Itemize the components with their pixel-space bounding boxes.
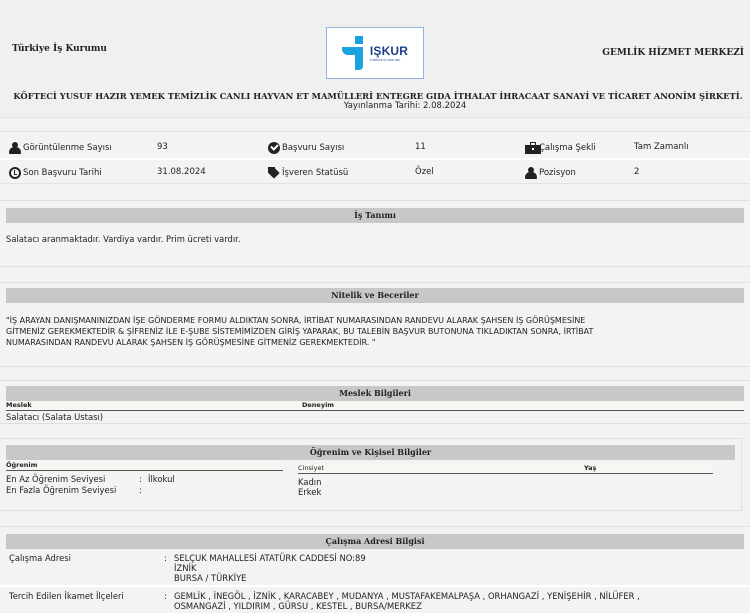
views-value: 93	[157, 142, 168, 152]
applications-value: 11	[415, 142, 426, 152]
colon: :	[139, 485, 142, 495]
max-education-label: En Fazla Öğrenim Seviyesi	[6, 485, 116, 495]
colon: :	[164, 591, 167, 601]
job-description-text: Salatacı aranmaktadır. Vardiya vardır. P…	[6, 234, 241, 245]
profession-section: Meslek Bilgileri Meslek Deneyim Salatacı…	[0, 380, 750, 424]
work-type-value: Tam Zamanlı	[634, 142, 689, 152]
publish-date: Yayınlanma Tarihi: 2.08.2024	[0, 101, 750, 111]
logo-subtitle: TÜRKİYE İŞ KURUMU	[370, 58, 408, 62]
tag-icon	[268, 167, 280, 179]
profession-row: Salatacı (Salata Ustası)	[6, 412, 103, 422]
work-address-value: SELÇUK MAHALLESİ ATATÜRK CADDESİ NO:89 İ…	[174, 553, 366, 583]
colon: :	[139, 474, 142, 484]
service-center-name: GEMLİK HİZMET MERKEZİ	[602, 48, 744, 58]
profession-table-header: Meslek Deneyim	[6, 401, 744, 411]
work-type-label: Çalışma Şekli	[525, 142, 596, 154]
work-address-label: Çalışma Adresi	[9, 553, 71, 563]
iskur-logo: IŞKUR TÜRKİYE İŞ KURUMU	[326, 27, 424, 79]
education-section: Öğrenim ve Kişisel Bilgiler Öğrenim En A…	[0, 438, 742, 511]
divider	[0, 585, 750, 587]
section-title: Meslek Bilgileri	[6, 386, 744, 401]
job-description-section: İş Tanımı Salatacı aranmaktadır. Vardiya…	[0, 200, 750, 267]
page-header: Türkiye İş Kurumu IŞKUR TÜRKİYE İŞ KURUM…	[0, 0, 750, 118]
deadline-value: 31.08.2024	[157, 167, 206, 177]
job-stats: Görüntülenme Sayısı 93 Başvuru Sayısı 11…	[0, 131, 750, 184]
applications-label: Başvuru Sayısı	[268, 142, 344, 154]
user-icon	[9, 142, 21, 154]
positions-value: 2	[634, 167, 639, 177]
section-title: Nitelik ve Beceriler	[6, 288, 744, 303]
employer-status-label: İşveren Statüsü	[268, 167, 348, 179]
positions-label: Pozisyon	[525, 167, 576, 179]
qualifications-section: Nitelik ve Beceriler "İŞ ARAYAN DANIŞMAN…	[0, 282, 750, 367]
briefcase-icon	[525, 142, 537, 154]
employer-status-value: Özel	[415, 167, 434, 177]
user-icon	[525, 167, 537, 179]
gender-male: Erkek	[298, 487, 321, 497]
views-label: Görüntülenme Sayısı	[9, 142, 112, 154]
logo-brand: IŞKUR	[370, 44, 408, 58]
section-title: Çalışma Adresi Bilgisi	[6, 534, 744, 549]
gender-age-header: Cinsiyet Yaş	[298, 464, 713, 474]
column-deneyim: Deneyim	[302, 401, 334, 410]
address-section: Çalışma Adresi Bilgisi Çalışma Adresi : …	[0, 526, 750, 613]
organization-name: Türkiye İş Kurumu	[12, 44, 107, 54]
gender-header: Cinsiyet	[298, 464, 324, 472]
min-education-value: İlkokul	[148, 474, 175, 484]
qualifications-text: "İŞ ARAYAN DANIŞMANINIZDAN İŞE GÖNDERME …	[6, 315, 593, 348]
section-title: İş Tanımı	[6, 208, 744, 223]
education-header: Öğrenim	[6, 461, 283, 471]
check-circle-icon	[268, 142, 280, 154]
age-header: Yaş	[584, 464, 596, 473]
districts-label: Tercih Edilen İkamet İlçeleri	[9, 591, 124, 601]
company-name: KÖFTECİ YUSUF HAZIR YEMEK TEMİZLİK CANLI…	[0, 91, 750, 101]
clock-icon	[9, 167, 21, 179]
column-meslek: Meslek	[6, 401, 32, 409]
min-education-label: En Az Öğrenim Seviyesi	[6, 474, 105, 484]
deadline-label: Son Başvuru Tarihi	[9, 167, 102, 179]
districts-value: GEMLİK , İNEGÖL , İZNİK , KARACABEY , MU…	[174, 591, 640, 611]
section-title: Öğrenim ve Kişisel Bilgiler	[6, 445, 735, 460]
iskur-logo-icon	[342, 36, 364, 70]
colon: :	[164, 553, 167, 563]
gender-female: Kadın	[298, 477, 321, 487]
